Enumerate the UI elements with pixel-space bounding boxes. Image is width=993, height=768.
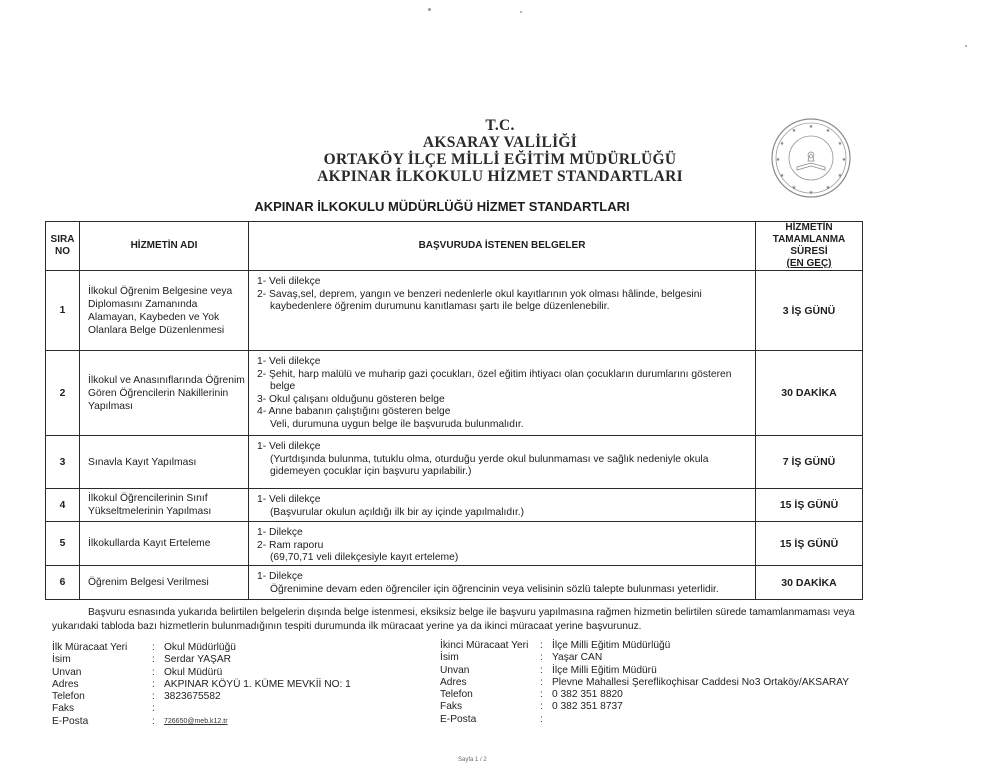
row-number: 3 <box>46 436 80 489</box>
completion-time: 3 İŞ GÜNÜ <box>756 271 863 351</box>
contact-label: Faks <box>52 703 152 715</box>
required-documents: 1- DilekçeÖğrenimine devam eden öğrencil… <box>249 566 756 600</box>
contact-row: Telefon:0 382 351 8820 <box>440 689 849 701</box>
contact-row: İsim:Yaşar CAN <box>440 652 849 664</box>
page-number: Sayfa 1 / 2 <box>458 757 487 763</box>
table-row: 5İlkokullarda Kayıt Erteleme1- Dilekçe2-… <box>46 522 863 566</box>
contact-label: Faks <box>440 701 540 713</box>
contact-row: İlk Müracaat Yeri:Okul Müdürlüğü <box>52 642 351 654</box>
document-item: 4- Anne babanın çalıştığını gösteren bel… <box>257 406 755 419</box>
contact-label: Telefon <box>52 691 152 703</box>
table-title: AKPINAR İLKOKULU MÜDÜRLÜĞÜ HİZMET STANDA… <box>232 199 652 214</box>
header-service-name: HİZMETİN ADI <box>80 222 249 271</box>
contact-separator: : <box>152 642 164 654</box>
row-number: 2 <box>46 351 80 436</box>
contact-value: Serdar YAŞAR <box>164 654 231 666</box>
document-item: belge <box>257 381 755 394</box>
contact-label: Telefon <box>440 689 540 701</box>
required-documents: 1- Dilekçe2- Ram raporu(69,70,71 veli di… <box>249 522 756 566</box>
header-standards-title: AKPINAR İLKOKULU HİZMET STANDARTLARI <box>200 168 800 185</box>
contact-row: E-Posta:726650@meb.k12.tr <box>52 716 351 728</box>
contact-row: İsim:Serdar YAŞAR <box>52 654 351 666</box>
contact-separator: : <box>540 714 552 726</box>
document-item: 1- Veli dilekçe <box>257 494 755 507</box>
contact-label: Adres <box>440 677 540 689</box>
document-item: (Başvurular okulun açıldığı ilk bir ay i… <box>257 507 755 520</box>
contact-value: Okul Müdürü <box>164 667 222 679</box>
contact-separator: : <box>540 652 552 664</box>
contact-value: 0 382 351 8737 <box>552 701 623 713</box>
svg-text:★: ★ <box>826 185 831 191</box>
svg-text:★: ★ <box>838 173 843 179</box>
contact-label: Unvan <box>440 665 540 677</box>
contact-label: Unvan <box>52 667 152 679</box>
contact-value: Yaşar CAN <box>552 652 602 664</box>
contact-row: Telefon:3823675582 <box>52 691 351 703</box>
document-item: Öğrenimine devam eden öğrenciler için öğ… <box>257 584 755 597</box>
document-item: Veli, durumuna uygun belge ile başvuruda… <box>257 419 755 432</box>
contact-row: Adres:AKPINAR KÖYÜ 1. KÜME MEVKİİ NO: 1 <box>52 679 351 691</box>
contact-row: İkinci Müracaat Yeri:İlçe Milli Eğitim M… <box>440 640 849 652</box>
svg-text:★: ★ <box>780 173 785 179</box>
info-note: Başvuru esnasında yukarıda belirtilen be… <box>52 606 872 634</box>
table-row: 6Öğrenim Belgesi Verilmesi1- DilekçeÖğre… <box>46 566 863 600</box>
contact-label: İsim <box>440 652 540 664</box>
table-row: 1İlkokul Öğrenim Belgesine veya Diplomas… <box>46 271 863 351</box>
completion-time: 15 İŞ GÜNÜ <box>756 489 863 522</box>
svg-text:★: ★ <box>792 128 797 134</box>
service-name: Öğrenim Belgesi Verilmesi <box>80 566 249 600</box>
service-standards-table: SIRANO HİZMETİN ADI BAŞVURUDA İSTENEN BE… <box>45 221 863 600</box>
contact-value: AKPINAR KÖYÜ 1. KÜME MEVKİİ NO: 1 <box>164 679 351 691</box>
contact-row: Adres:Plevne Mahallesi Şereflikoçhisar C… <box>440 677 849 689</box>
completion-time: 15 İŞ GÜNÜ <box>756 522 863 566</box>
document-item: (69,70,71 veli dilekçesiyle kayıt ertele… <box>257 552 755 565</box>
svg-text:★: ★ <box>780 141 785 147</box>
table-row: 3Sınavla Kayıt Yapılması1- Veli dilekçe(… <box>46 436 863 489</box>
contact-separator: : <box>540 665 552 677</box>
document-item: 3- Okul çalışanı olduğunu gösteren belge <box>257 394 755 407</box>
contact-row: E-Posta: <box>440 714 849 726</box>
contact-value: Okul Müdürlüğü <box>164 642 236 654</box>
row-number: 5 <box>46 522 80 566</box>
header-required-docs: BAŞVURUDA İSTENEN BELGELER <box>249 222 756 271</box>
contact-separator: : <box>540 689 552 701</box>
contact-row: Unvan:Okul Müdürü <box>52 667 351 679</box>
contact-value: Plevne Mahallesi Şereflikoçhisar Caddesi… <box>552 677 849 689</box>
contact-row: Faks:0 382 351 8737 <box>440 701 849 713</box>
contact-separator: : <box>540 701 552 713</box>
contact-separator: : <box>152 703 164 715</box>
required-documents: 1- Veli dilekçe(Başvurular okulun açıldı… <box>249 489 756 522</box>
document-item: 1- Dilekçe <box>257 527 755 540</box>
table-row: 2İlkokul ve Anasınıflarında Öğrenim Göre… <box>46 351 863 436</box>
email-link[interactable]: 726650@meb.k12.tr <box>164 716 228 728</box>
service-name: Sınavla Kayıt Yapılması <box>80 436 249 489</box>
service-name: İlkokul Öğrenim Belgesine veya Diploması… <box>80 271 249 351</box>
completion-time: 7 İŞ GÜNÜ <box>756 436 863 489</box>
row-number: 4 <box>46 489 80 522</box>
ministry-seal-icon: ★★★ ★★★ ★★★ ★★★ <box>770 117 852 199</box>
contact-value: İlçe Milli Eğitim Müdürü <box>552 665 657 677</box>
document-item: (Yurtdışında bulunma, tutuklu olma, otur… <box>257 454 755 467</box>
header-sira-no: SIRANO <box>46 222 80 271</box>
document-item: 2- Savaş,sel, deprem, yangın ve benzeri … <box>257 289 755 302</box>
header-tc: T.C. <box>200 117 800 134</box>
required-documents: 1- Veli dilekçe(Yurtdışında bulunma, tut… <box>249 436 756 489</box>
row-number: 1 <box>46 271 80 351</box>
contact-value: 0 382 351 8820 <box>552 689 623 701</box>
service-name: İlkokul Öğrencilerinin Sınıf Yükseltmele… <box>80 489 249 522</box>
svg-text:★: ★ <box>838 141 843 147</box>
contact-separator: : <box>152 667 164 679</box>
contact-row: Faks: <box>52 703 351 715</box>
contact-row: Unvan:İlçe Milli Eğitim Müdürü <box>440 665 849 677</box>
document-item: 1- Veli dilekçe <box>257 441 755 454</box>
contact-separator: : <box>540 677 552 689</box>
completion-time: 30 DAKİKA <box>756 351 863 436</box>
first-contact-block: İlk Müracaat Yeri:Okul Müdürlüğüİsim:Ser… <box>52 642 351 728</box>
contact-label: Adres <box>52 679 152 691</box>
document-header: T.C. AKSARAY VALİLİĞİ ORTAKÖY İLÇE MİLLİ… <box>200 117 800 185</box>
svg-text:★: ★ <box>776 157 781 163</box>
svg-text:★: ★ <box>809 124 814 130</box>
required-documents: 1- Veli dilekçe2- Şehit, harp malülü ve … <box>249 351 756 436</box>
document-item: 2- Şehit, harp malülü ve muharip gazi ço… <box>257 369 755 382</box>
header-governorship: AKSARAY VALİLİĞİ <box>200 134 800 151</box>
header-completion-time: HİZMETİN TAMAMLANMA SÜRESİ (EN GEÇ) <box>756 222 863 271</box>
contact-label: İlk Müracaat Yeri <box>52 642 152 654</box>
document-item: kaybedenlere öğrenim durumunu kanıtlamas… <box>257 301 755 314</box>
svg-text:★: ★ <box>826 128 831 134</box>
document-item: 1- Veli dilekçe <box>257 276 755 289</box>
contact-label: E-Posta <box>52 716 152 728</box>
contact-label: E-Posta <box>440 714 540 726</box>
second-contact-block: İkinci Müracaat Yeri:İlçe Milli Eğitim M… <box>440 640 849 726</box>
contact-label: İsim <box>52 654 152 666</box>
contact-separator: : <box>152 654 164 666</box>
completion-time: 30 DAKİKA <box>756 566 863 600</box>
contact-separator: : <box>540 640 552 652</box>
document-item: 1- Veli dilekçe <box>257 356 755 369</box>
contact-separator: : <box>152 716 164 728</box>
svg-text:★: ★ <box>792 185 797 191</box>
table-row: 4İlkokul Öğrencilerinin Sınıf Yükseltmel… <box>46 489 863 522</box>
service-name: İlkokullarda Kayıt Erteleme <box>80 522 249 566</box>
row-number: 6 <box>46 566 80 600</box>
document-item: gidemeyen çocuklar için başvuru yapılabi… <box>257 466 755 479</box>
contact-separator: : <box>152 679 164 691</box>
required-documents: 1- Veli dilekçe2- Savaş,sel, deprem, yan… <box>249 271 756 351</box>
contact-separator: : <box>152 691 164 703</box>
contact-label: İkinci Müracaat Yeri <box>440 640 540 652</box>
service-name: İlkokul ve Anasınıflarında Öğrenim Gören… <box>80 351 249 436</box>
header-directorate: ORTAKÖY İLÇE MİLLİ EĞİTİM MÜDÜRLÜĞÜ <box>200 151 800 168</box>
contact-value: 3823675582 <box>164 691 221 703</box>
document-item: 2- Ram raporu <box>257 540 755 553</box>
contact-value: İlçe Milli Eğitim Müdürlüğü <box>552 640 670 652</box>
svg-text:★: ★ <box>842 157 847 163</box>
svg-text:★: ★ <box>809 190 814 196</box>
document-item: 1- Dilekçe <box>257 571 755 584</box>
